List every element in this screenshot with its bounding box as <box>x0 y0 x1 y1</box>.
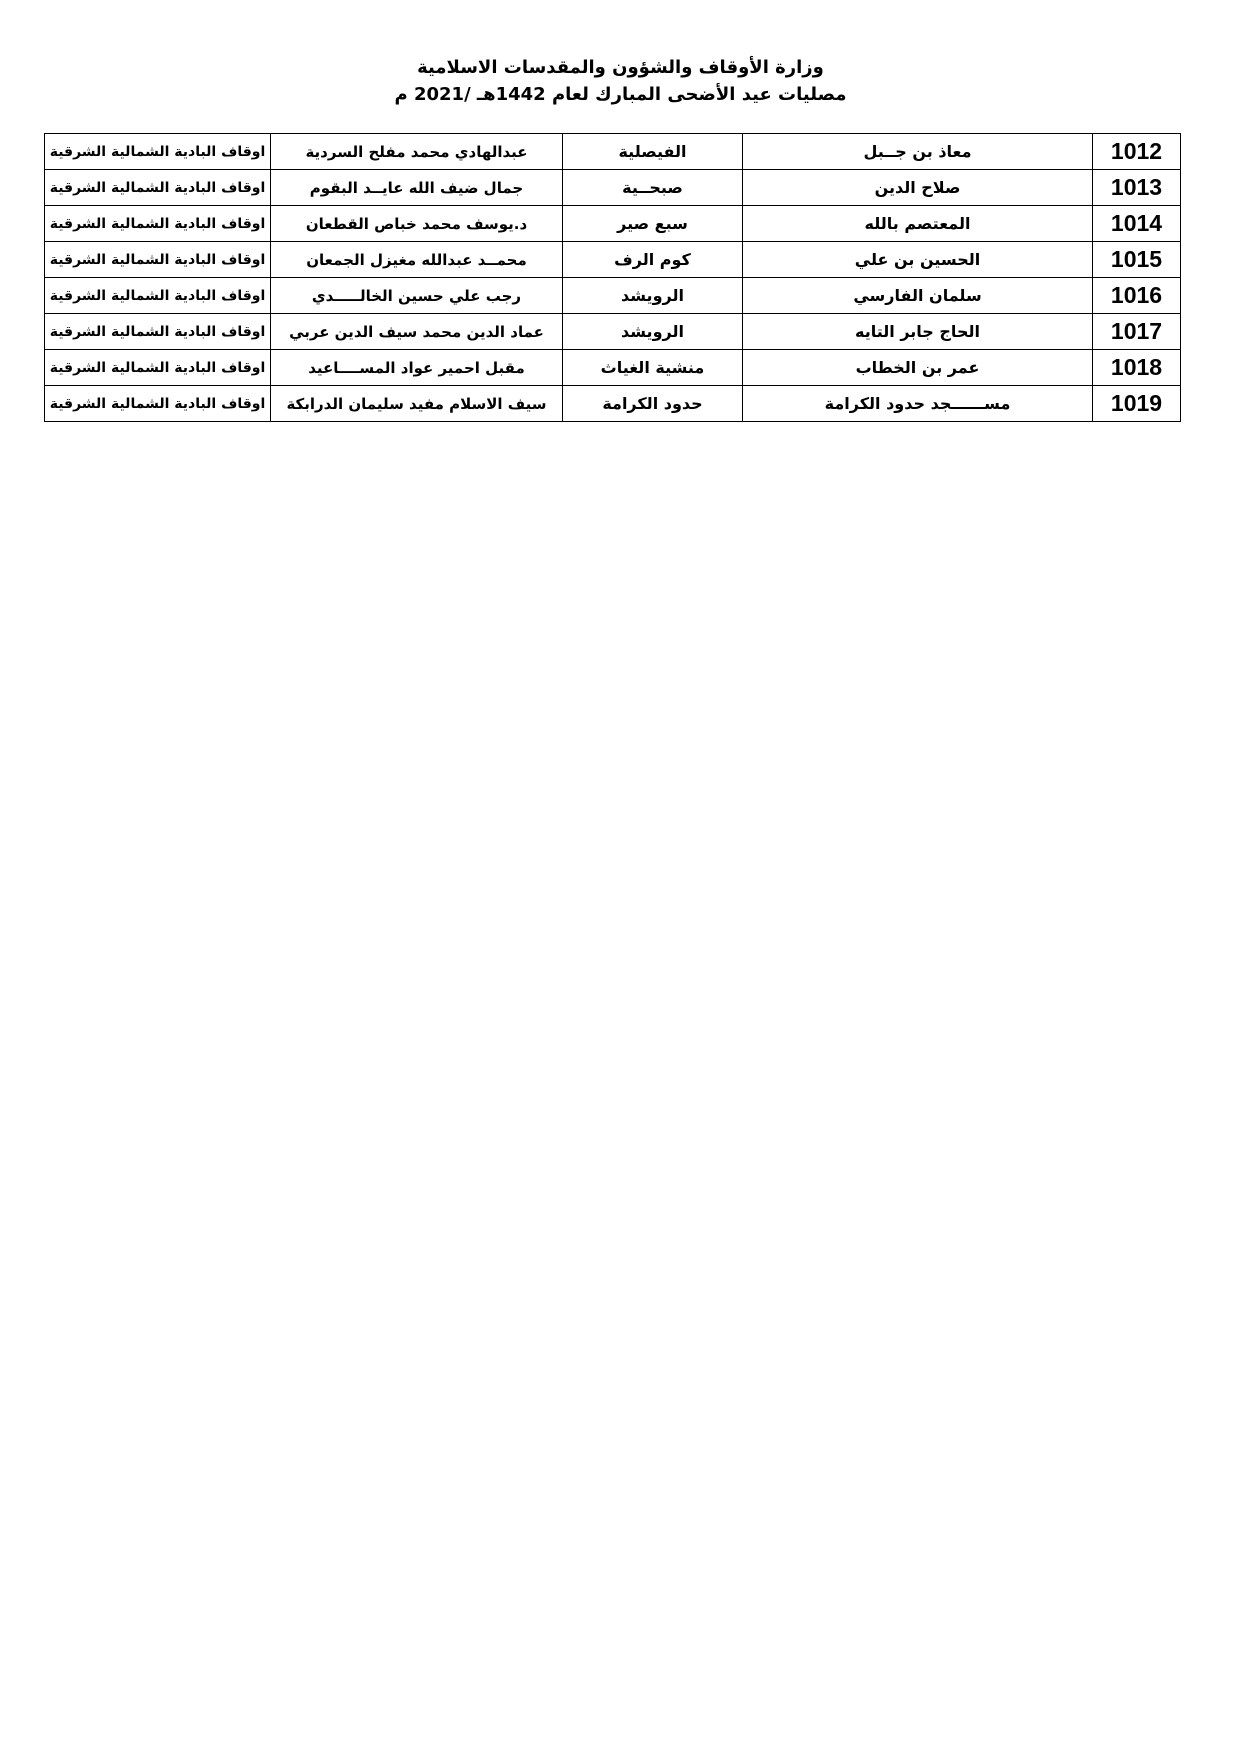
row-number-cell: 1014 <box>1093 206 1181 242</box>
table-row: 1016سلمان الفارسيالرويشدرجب علي حسين الخ… <box>45 278 1181 314</box>
row-number-cell: 1018 <box>1093 350 1181 386</box>
row-number-cell: 1015 <box>1093 242 1181 278</box>
table-row: 1018عمر بن الخطابمنشية الغياثمقبل احمير … <box>45 350 1181 386</box>
imam-name-cell: مقبل احمير عواد المســــاعيد <box>271 350 563 386</box>
table-row: 1012معاذ بن جــبلالفيصليةعبدالهادي محمد … <box>45 134 1181 170</box>
row-number-cell: 1016 <box>1093 278 1181 314</box>
imam-name-cell: د.يوسف محمد خباص القطعان <box>271 206 563 242</box>
table-body: 1012معاذ بن جــبلالفيصليةعبدالهادي محمد … <box>45 134 1181 422</box>
location-cell: كوم الرف <box>563 242 743 278</box>
mosque-name-cell: المعتصم بالله <box>743 206 1093 242</box>
mosque-name-cell: صلاح الدين <box>743 170 1093 206</box>
table-row: 1015الحسين بن عليكوم الرفمحمــد عبدالله … <box>45 242 1181 278</box>
location-cell: الرويشد <box>563 314 743 350</box>
document-subtitle: مصليات عيد الأضحى المبارك لعام 1442هـ /2… <box>0 81 1241 108</box>
location-cell: منشية الغياث <box>563 350 743 386</box>
imam-name-cell: سيف الاسلام مفيد سليمان الدرابكة <box>271 386 563 422</box>
table-row: 1017الحاج جابر التايهالرويشدعماد الدين م… <box>45 314 1181 350</box>
table-container: 1012معاذ بن جــبلالفيصليةعبدالهادي محمد … <box>44 133 1180 422</box>
table-row: 1013صلاح الدينصبحــيةجمال ضيف الله عايــ… <box>45 170 1181 206</box>
region-cell: اوقاف البادية الشمالية الشرقية <box>45 314 271 350</box>
mosque-name-cell: الحاج جابر التايه <box>743 314 1093 350</box>
row-number-cell: 1017 <box>1093 314 1181 350</box>
region-cell: اوقاف البادية الشمالية الشرقية <box>45 206 271 242</box>
imam-name-cell: عماد الدين محمد سيف الدين عربي <box>271 314 563 350</box>
imam-name-cell: جمال ضيف الله عايــد البقوم <box>271 170 563 206</box>
region-cell: اوقاف البادية الشمالية الشرقية <box>45 350 271 386</box>
table-row: 1014المعتصم باللهسبع صيرد.يوسف محمد خباص… <box>45 206 1181 242</box>
mosque-name-cell: سلمان الفارسي <box>743 278 1093 314</box>
eid-prayer-locations-table: 1012معاذ بن جــبلالفيصليةعبدالهادي محمد … <box>44 133 1181 422</box>
location-cell: الرويشد <box>563 278 743 314</box>
mosque-name-cell: عمر بن الخطاب <box>743 350 1093 386</box>
imam-name-cell: محمــد عبدالله مغيزل الجمعان <box>271 242 563 278</box>
document-page: وزارة الأوقاف والشؤون والمقدسات الاسلامي… <box>0 0 1241 1755</box>
region-cell: اوقاف البادية الشمالية الشرقية <box>45 278 271 314</box>
row-number-cell: 1019 <box>1093 386 1181 422</box>
region-cell: اوقاف البادية الشمالية الشرقية <box>45 134 271 170</box>
document-header: وزارة الأوقاف والشؤون والمقدسات الاسلامي… <box>0 0 1241 108</box>
imam-name-cell: رجب علي حسين الخالـــــدي <box>271 278 563 314</box>
mosque-name-cell: معاذ بن جــبل <box>743 134 1093 170</box>
location-cell: حدود الكرامة <box>563 386 743 422</box>
row-number-cell: 1012 <box>1093 134 1181 170</box>
location-cell: الفيصلية <box>563 134 743 170</box>
location-cell: صبحــية <box>563 170 743 206</box>
location-cell: سبع صير <box>563 206 743 242</box>
mosque-name-cell: الحسين بن علي <box>743 242 1093 278</box>
region-cell: اوقاف البادية الشمالية الشرقية <box>45 242 271 278</box>
region-cell: اوقاف البادية الشمالية الشرقية <box>45 386 271 422</box>
document-title: وزارة الأوقاف والشؤون والمقدسات الاسلامي… <box>0 54 1241 81</box>
imam-name-cell: عبدالهادي محمد مفلح السردية <box>271 134 563 170</box>
mosque-name-cell: مســــــجد حدود الكرامة <box>743 386 1093 422</box>
row-number-cell: 1013 <box>1093 170 1181 206</box>
table-row: 1019مســــــجد حدود الكرامةحدود الكرامةس… <box>45 386 1181 422</box>
region-cell: اوقاف البادية الشمالية الشرقية <box>45 170 271 206</box>
